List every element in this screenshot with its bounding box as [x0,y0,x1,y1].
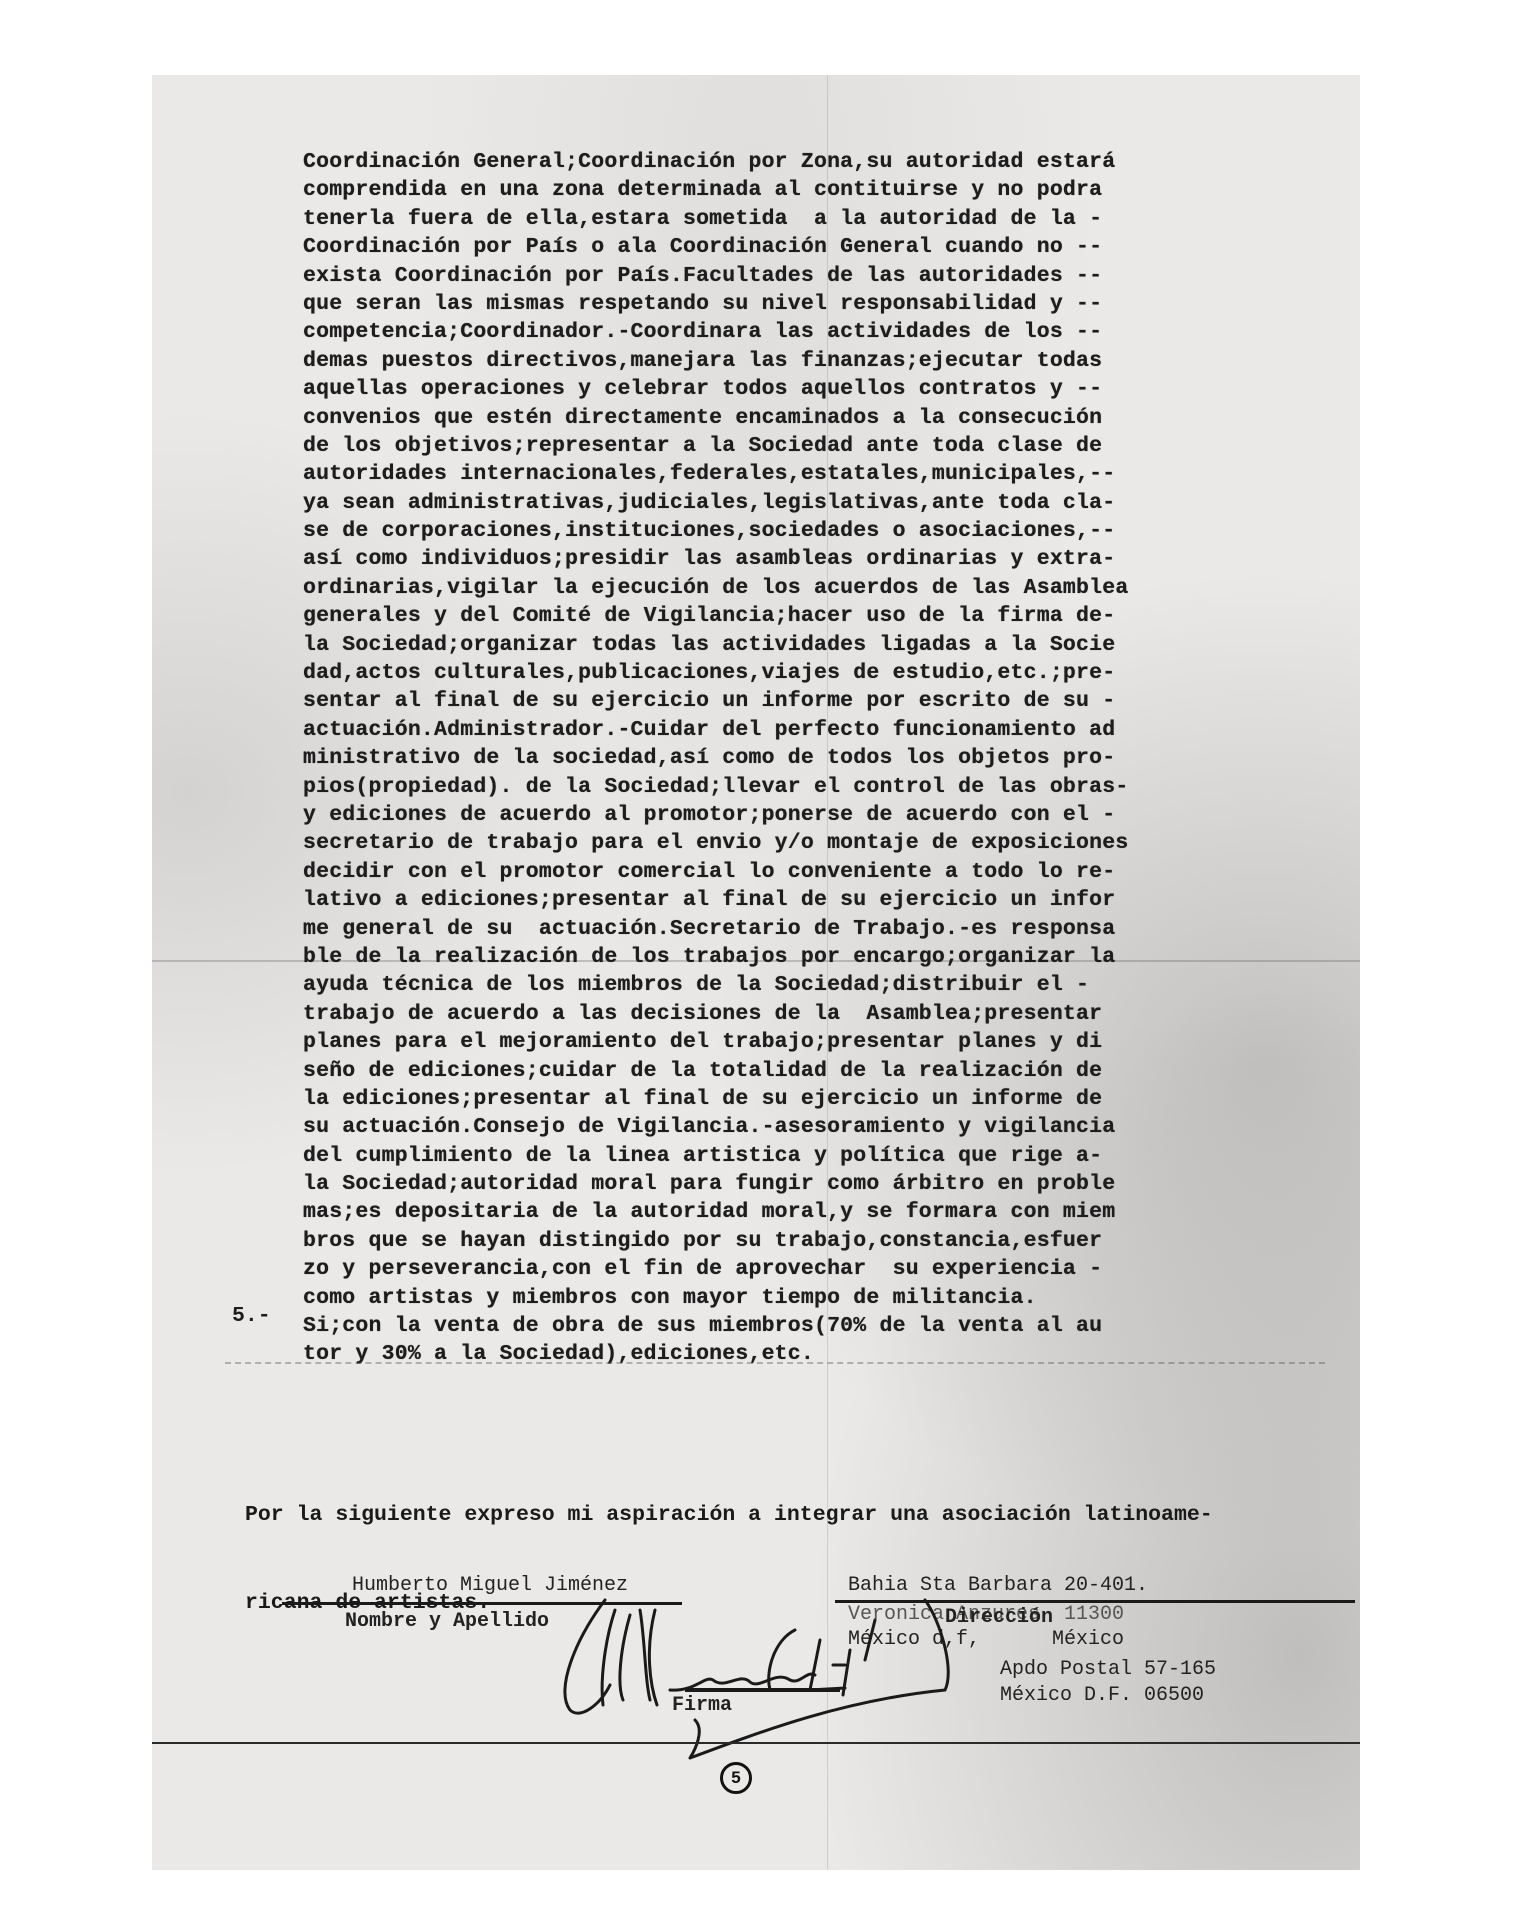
body-line: decidir con el promotor comercial lo con… [303,858,1128,886]
body-line: me general de su actuación.Secretario de… [303,915,1128,943]
declaration-line: Por la siguiente expreso mi aspiración a… [245,1500,1213,1528]
handwritten-signature [545,1580,975,1760]
body-line: planes para el mejoramiento del trabajo;… [303,1028,1128,1056]
body-line: aquellas operaciones y celebrar todos aq… [303,375,1128,403]
body-line: bros que se hayan distingido por su trab… [303,1227,1128,1255]
body-line: mas;es depositaria de la autoridad moral… [303,1198,1128,1226]
body-line: ministrativo de la sociedad,así como de … [303,744,1128,772]
postal-line-2: México D.F. 06500 [1000,1684,1204,1707]
body-line: pios(propiedad). de la Sociedad;llevar e… [303,773,1128,801]
body-line: su actuación.Consejo de Vigilancia.-ases… [303,1113,1128,1141]
typewritten-body: Coordinación General;Coordinación por Zo… [303,148,1128,1369]
body-line: Coordinación por País o ala Coordinación… [303,233,1128,261]
body-line: exista Coordinación por País.Facultades … [303,262,1128,290]
body-line: sentar al final de su ejercicio un infor… [303,687,1128,715]
body-line: como artistas y miembros con mayor tiemp… [303,1284,1128,1312]
body-line: trabajo de acuerdo a las decisiones de l… [303,1000,1128,1028]
page-number: 5 [720,1762,752,1794]
bottom-rule [152,1742,1360,1744]
body-line: comprendida en una zona determinada al c… [303,176,1128,204]
name-label: Nombre y Apellido [345,1610,549,1633]
body-line: la Sociedad;autoridad moral para fungir … [303,1170,1128,1198]
body-line: lativo a ediciones;presentar al final de… [303,886,1128,914]
body-line: Si;con la venta de obra de sus miembros(… [303,1312,1128,1340]
body-line: la ediciones;presentar al final de su ej… [303,1085,1128,1113]
body-line: autoridades internacionales,federales,es… [303,460,1128,488]
body-line: así como individuos;presidir las asamble… [303,545,1128,573]
body-line: y ediciones de acuerdo al promotor;poner… [303,801,1128,829]
body-line: de los objetivos;representar a la Socied… [303,432,1128,460]
body-line: secretario de trabajo para el envio y/o … [303,829,1128,857]
body-line: demas puestos directivos,manejara las fi… [303,347,1128,375]
body-line: ayuda técnica de los miembros de la Soci… [303,971,1128,999]
body-line: se de corporaciones,instituciones,socied… [303,517,1128,545]
body-line: Coordinación General;Coordinación por Zo… [303,148,1128,176]
body-line: dad,actos culturales,publicaciones,viaje… [303,659,1128,687]
body-line: ordinarias,vigilar la ejecución de los a… [303,574,1128,602]
signature-label: Firma [672,1694,732,1717]
body-line: que seran las mismas respetando su nivel… [303,290,1128,318]
body-line: zo y perseverancia,con el fin de aprovec… [303,1255,1128,1283]
body-line: actuación.Administrador.-Cuidar del perf… [303,716,1128,744]
body-line: ble de la realización de los trabajos po… [303,943,1128,971]
body-line: convenios que estén directamente encamin… [303,404,1128,432]
body-line: generales y del Comité de Vigilancia;hac… [303,602,1128,630]
body-line: seño de ediciones;cuidar de la totalidad… [303,1057,1128,1085]
body-line: tor y 30% a la Sociedad),ediciones,etc. [303,1340,1128,1368]
body-line: ya sean administrativas,judiciales,legis… [303,489,1128,517]
body-line: tenerla fuera de ella,estara sometida a … [303,205,1128,233]
item-number: 5.- [232,1304,271,1328]
body-line: del cumplimiento de la linea artistica y… [303,1142,1128,1170]
body-line: competencia;Coordinador.-Coordinara las … [303,318,1128,346]
body-line: la Sociedad;organizar todas las activida… [303,631,1128,659]
dashed-separator [225,1362,1325,1364]
postal-line-1: Apdo Postal 57-165 [1000,1658,1216,1681]
